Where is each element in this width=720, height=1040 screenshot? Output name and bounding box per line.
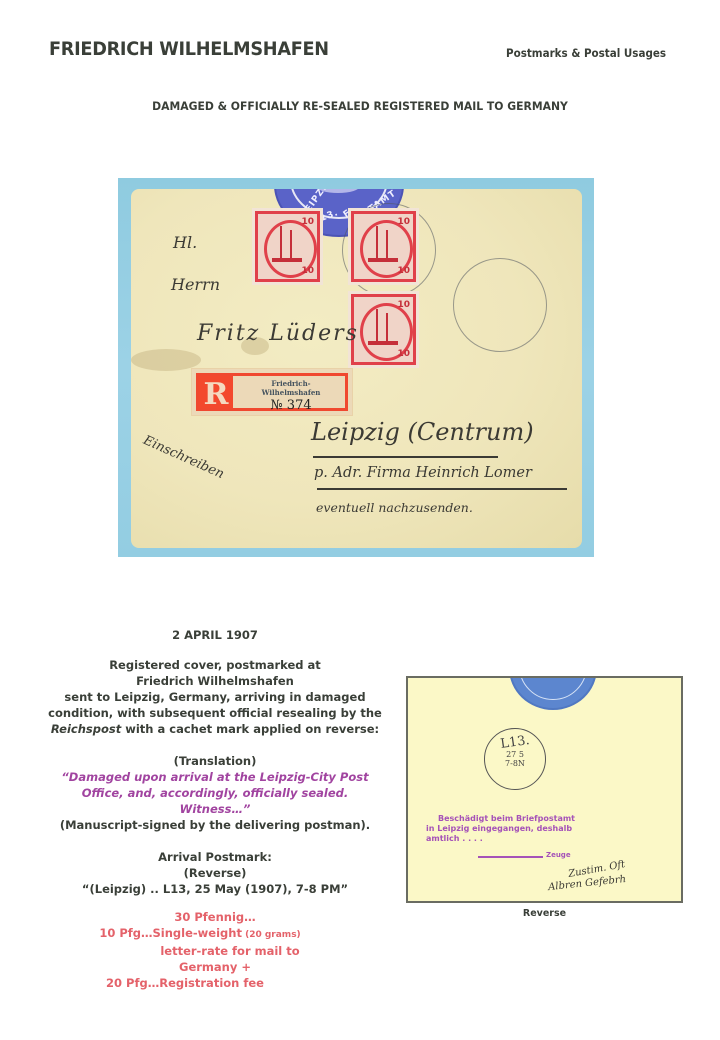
- front-cover-image: LEIPZIG 13. F-POSTAMT 10 10 10 10 10 10 …: [131, 189, 582, 548]
- handwriting-line: Herrn: [171, 275, 220, 294]
- handwriting-line: eventuell nachzusenden.: [316, 500, 473, 515]
- description: 2 APRIL 1907 Registered cover, postmarke…: [40, 627, 390, 991]
- stamp: 10 10: [351, 294, 416, 365]
- stamp: 10 10: [351, 211, 416, 282]
- reverse-cover-image: L13. 27 5 7-8N Beschädigt beim Briefpost…: [406, 676, 683, 903]
- handwriting-line: p. Adr. Firma Heinrich Lomer: [314, 465, 532, 481]
- stamp: 10 10: [255, 211, 320, 282]
- page-title: FRIEDRICH WILHELMSHAFEN: [49, 38, 329, 60]
- page-heading: DAMAGED & OFFICIALLY RE-SEALED REGISTERE…: [22, 99, 699, 113]
- handwriting-side: Einschreiben: [141, 433, 226, 482]
- official-seal-icon: [509, 676, 597, 710]
- cover-mount: LEIPZIG 13. F-POSTAMT 10 10 10 10 10 10 …: [118, 178, 594, 557]
- handwriting-line: Fritz Lüders: [197, 321, 359, 346]
- postage-rate: 30 Pfennig… 10 Pfg…Single-weight (20 gra…: [40, 909, 390, 991]
- underline: [313, 456, 498, 458]
- postmark-circle: [453, 258, 547, 352]
- translation-quote: “Damaged upon arrival at the Leipzig-Cit…: [40, 769, 390, 785]
- registration-r: R: [199, 376, 233, 408]
- reverse-caption: Reverse: [406, 908, 683, 919]
- handwriting-line: Hl.: [173, 233, 197, 252]
- arrival-postmark-icon: L13. 27 5 7-8N: [484, 728, 546, 790]
- cachet-line: [478, 856, 543, 858]
- arrival-postmark: “(Leipzig) .. L13, 25 May (1907), 7-8 PM…: [40, 881, 390, 897]
- handwriting-line: Leipzig (Centrum): [311, 418, 534, 446]
- cachet-mark: Beschädigt beim Briefpostamt in Leipzig …: [426, 814, 575, 844]
- registration-city: Friedrich- Wilhelmshafen: [237, 379, 345, 397]
- signature: Albren Gefebrh: [548, 874, 627, 893]
- underline: [317, 488, 567, 490]
- section-title: Postmarks & Postal Usages: [506, 46, 666, 60]
- registration-number: № 374: [237, 398, 345, 413]
- registration-label: R Friedrich- Wilhelmshafen № 374: [191, 368, 353, 416]
- cover-date: 2 APRIL 1907: [40, 627, 390, 643]
